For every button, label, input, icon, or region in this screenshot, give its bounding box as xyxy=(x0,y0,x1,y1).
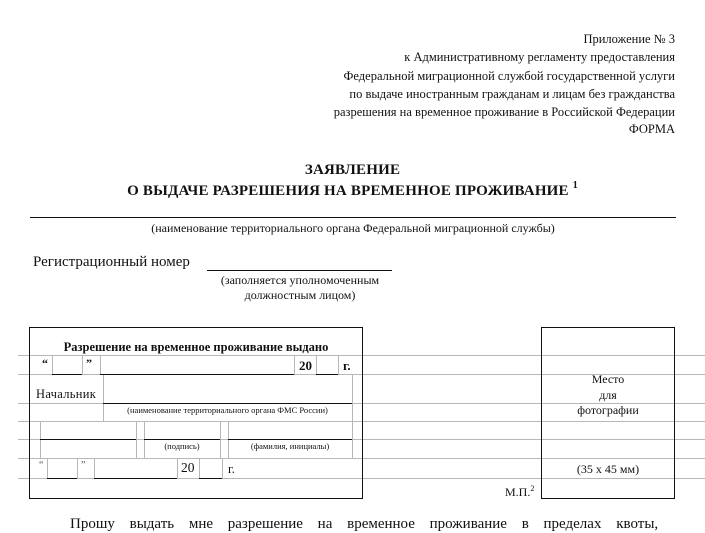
date1-open-quote: “ xyxy=(42,356,48,371)
appendix-line: Приложение № 3 xyxy=(334,30,675,48)
date2-year-label: г. xyxy=(228,462,235,477)
date1-day-field[interactable] xyxy=(53,358,81,373)
stamp-label: М.П.2 xyxy=(505,484,534,500)
appendix-line: Федеральной миграционной службой государ… xyxy=(334,67,675,85)
chief-org-field[interactable] xyxy=(104,380,351,402)
permit-issued-heading: Разрешение на временное проживание выдан… xyxy=(30,340,362,355)
stamp-footnote: 2 xyxy=(530,484,534,493)
date2-day-field[interactable] xyxy=(48,460,76,476)
footnote-mark: 1 xyxy=(573,180,578,191)
photo-placeholder: Место для фотографии xyxy=(541,372,675,419)
document-title: ЗАЯВЛЕНИЕ xyxy=(0,162,705,179)
territorial-organ-field[interactable] xyxy=(30,217,676,218)
date2-year-field[interactable] xyxy=(200,460,221,476)
registration-number-label: Регистрационный номер xyxy=(33,254,190,271)
registration-number-caption: (заполняется уполномоченным должностным … xyxy=(190,273,410,303)
territorial-organ-caption: (наименование территориального органа Фе… xyxy=(30,221,676,236)
caption-line: должностным лицом) xyxy=(190,288,410,303)
photo-line: для xyxy=(541,388,675,404)
date2-close-quote: ” xyxy=(81,460,85,471)
photo-line: фотографии xyxy=(541,403,675,419)
signature-field[interactable] xyxy=(145,422,219,438)
position-field[interactable] xyxy=(41,422,135,438)
date2-year-prefix: 20 xyxy=(181,460,195,476)
photo-size: (35 х 45 мм) xyxy=(541,462,675,477)
date1-year-label: г. xyxy=(343,358,351,374)
appendix-line: по выдаче иностранным гражданам и лицам … xyxy=(334,85,675,103)
name-caption: (фамилия, инициалы) xyxy=(228,441,352,451)
chief-label: Начальник xyxy=(36,387,96,402)
document-subtitle: О ВЫДАЧЕ РАЗРЕШЕНИЯ НА ВРЕМЕННОЕ ПРОЖИВА… xyxy=(0,181,705,200)
application-intro-text: Прошу выдать мне разрешение на временное… xyxy=(70,516,676,533)
form-label: ФОРМА xyxy=(629,122,675,137)
appendix-line: разрешения на временное проживание в Рос… xyxy=(334,103,675,121)
subtitle-text: О ВЫДАЧЕ РАЗРЕШЕНИЯ НА ВРЕМЕННОЕ ПРОЖИВА… xyxy=(127,183,569,199)
photo-line: Место xyxy=(541,372,675,388)
date1-year-prefix: 20 xyxy=(299,358,312,374)
appendix-header: Приложение № 3 к Административному регла… xyxy=(334,30,675,121)
name-field[interactable] xyxy=(229,422,351,438)
registration-number-field[interactable] xyxy=(207,270,392,271)
stamp-text: М.П. xyxy=(505,485,530,499)
date1-month-field[interactable] xyxy=(101,358,293,373)
signature-caption: (подпись) xyxy=(144,441,220,451)
date2-month-field[interactable] xyxy=(95,460,176,476)
date1-close-quote: ” xyxy=(86,356,92,371)
chief-org-caption: (наименование территориального органа ФМ… xyxy=(103,405,352,415)
appendix-line: к Административному регламенту предостав… xyxy=(334,48,675,66)
date1-year-field[interactable] xyxy=(317,358,337,373)
caption-line: (заполняется уполномоченным xyxy=(190,273,410,288)
date2-open-quote: “ xyxy=(39,460,43,471)
